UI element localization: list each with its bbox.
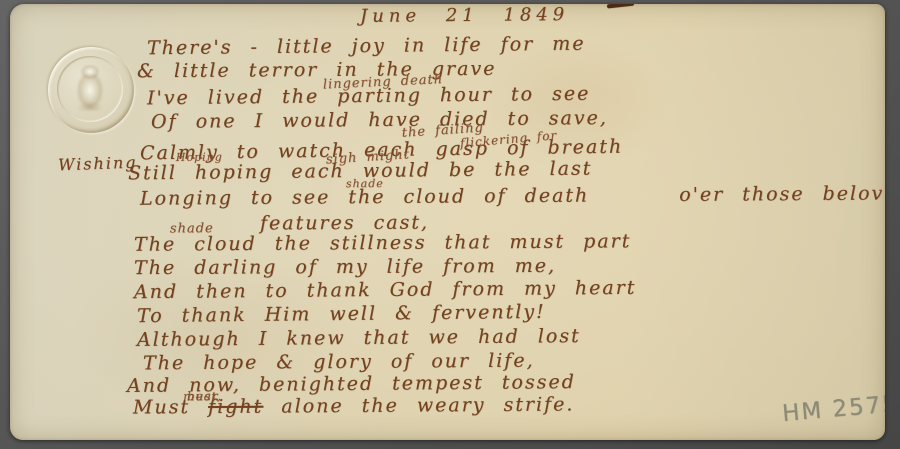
paper: June 21 1849There's - little joy in life…: [10, 4, 885, 440]
poem-line: The hope & glory of our life,: [143, 352, 535, 374]
poem-text: And then to thank God from my heart: [134, 277, 637, 303]
poem-line: Longing to see the cloud of deatho'er th…: [140, 184, 885, 208]
embossed-seal: [48, 47, 134, 133]
poem-text: Wishing: [58, 153, 138, 175]
interlinear-insertion: Hoping: [176, 151, 223, 162]
poem-text: o'er those beloved: [679, 182, 885, 206]
poem-line: There's - little joy in life for me: [147, 35, 586, 59]
poem-line: features cast,: [260, 214, 429, 234]
poem-text: The hope & glory of our life,: [143, 350, 535, 375]
poem-line: Must fight alone the weary strife.bear: [133, 395, 575, 417]
date-heading: June 21 1849: [360, 6, 569, 26]
poem-line: Although I knew that we had lost: [137, 327, 581, 350]
poem-line: The darling of my life from me,: [134, 257, 556, 278]
spacing-gap: [589, 201, 679, 202]
poem-line: I've lived the parting hour to seelinger…: [147, 85, 591, 109]
poem-text: The darling of my life from me,: [134, 255, 556, 279]
poem-line: And then to thank God from my heart: [134, 279, 637, 302]
poem-line: To thank Him well & fervently!: [137, 303, 546, 326]
seal-crest-figure: [74, 65, 106, 111]
poem-text: June 21 1849: [360, 4, 569, 27]
poem-line: The cloud the stillness that must partsh…: [134, 232, 631, 254]
poem-text: alone the weary strife.: [263, 393, 574, 417]
ink-mark: [607, 4, 634, 8]
scan-background: June 21 1849There's - little joy in life…: [0, 0, 900, 449]
poem-text: There's - little joy in life for me: [147, 33, 586, 60]
catalog-number: HM 2575: [781, 391, 885, 427]
margin-word: Wishing: [58, 155, 138, 174]
poem-text: Although I knew that we had lost: [137, 325, 581, 351]
interlinear-insertion: bear: [187, 390, 219, 402]
interlinear-insertion: shade: [346, 178, 384, 189]
poem-text: To thank Him well & fervently!: [137, 301, 546, 327]
interlinear-insertion: shade: [170, 222, 214, 235]
